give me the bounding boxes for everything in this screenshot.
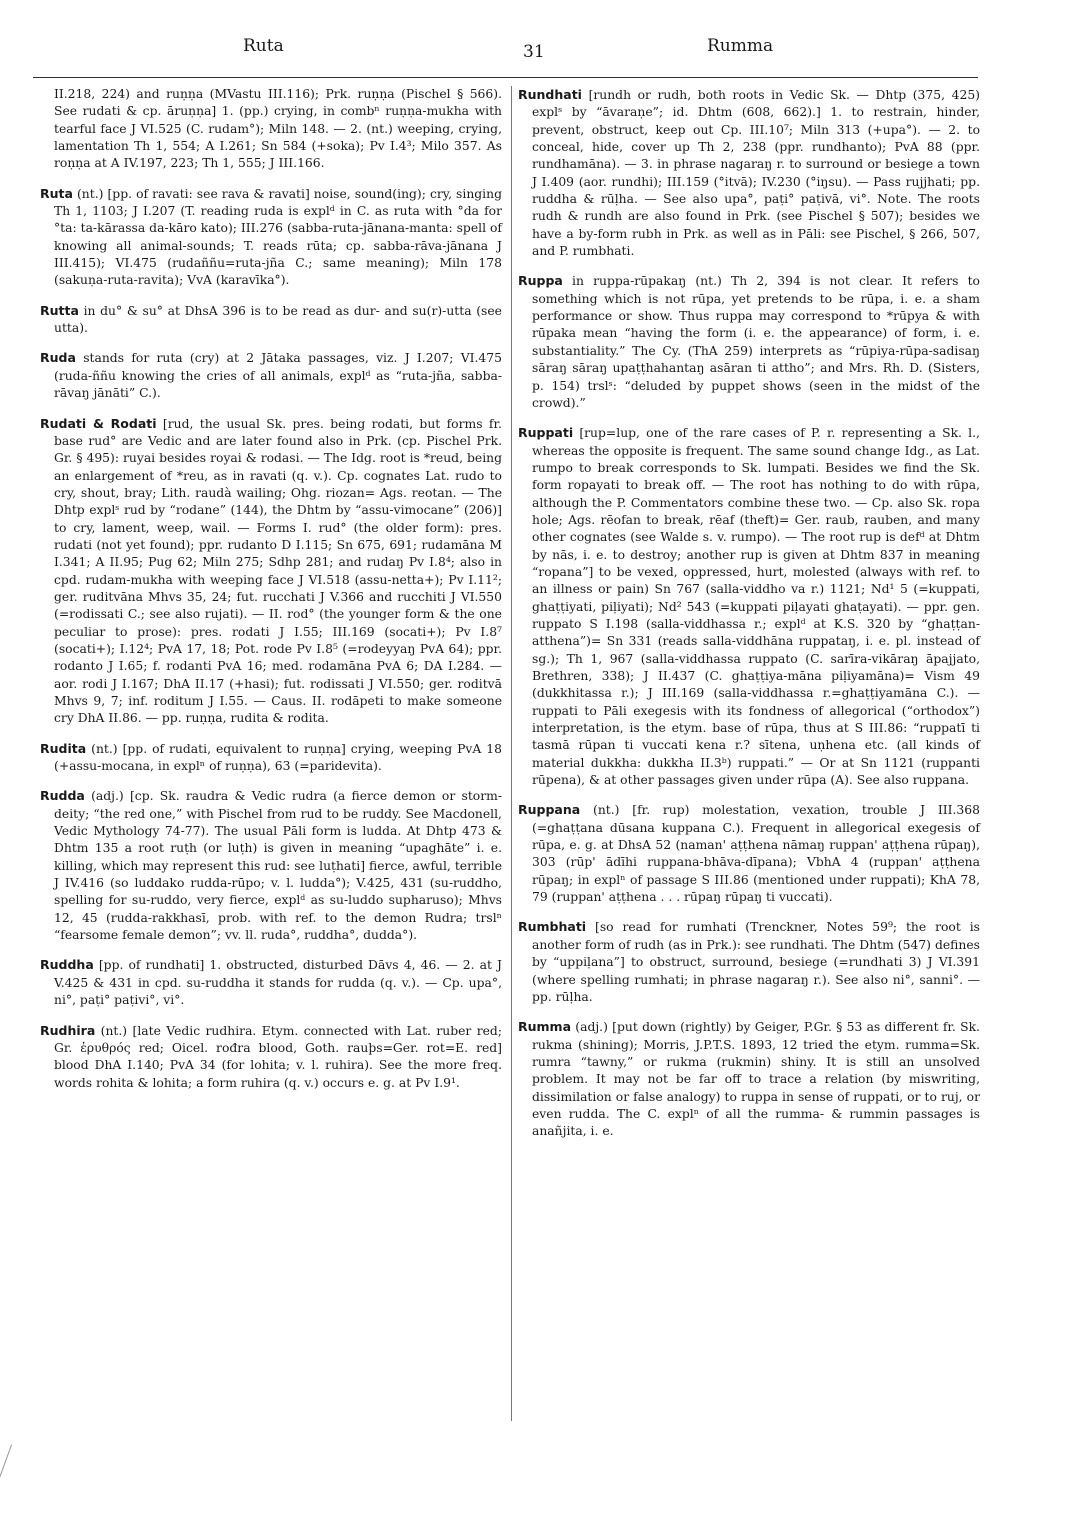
right-running-head: Rumma bbox=[707, 36, 773, 56]
headword: Rutta bbox=[40, 303, 79, 318]
headword: Ruddha bbox=[40, 957, 94, 972]
entry-ruddha: Ruddha [pp. of rundhati] 1. obstructed, … bbox=[40, 956, 502, 1009]
entry-body: (adj.) [put down (rightly) by Geiger, P.… bbox=[532, 1020, 980, 1138]
scan-margin-mark bbox=[0, 1444, 22, 1485]
entry-rudhira: Rudhira (nt.) [late Vedic rudhira. Etym.… bbox=[40, 1022, 502, 1092]
headword: Ruta bbox=[40, 186, 73, 201]
entry-body: (nt.) [pp. of ravati: see rava & ravati]… bbox=[54, 187, 502, 288]
continued-entry: II.218, 224) and ruṇṇa (MVastu III.116);… bbox=[40, 86, 502, 173]
entry-ruppana: Ruppana (nt.) [fr. rup) molestation, vex… bbox=[518, 801, 980, 906]
headword: Rumma bbox=[518, 1019, 571, 1034]
headword: Rudita bbox=[40, 741, 86, 756]
entry-body: [so read for rumhati (Trenckner, Notes 5… bbox=[532, 920, 980, 1003]
entry-body: (nt.) [pp. of rudati, equivalent to ruṇṇ… bbox=[54, 742, 502, 773]
entry-rudati: Rudati & Rodati [rud, the usual Sk. pres… bbox=[40, 415, 502, 728]
headword: Rudda bbox=[40, 788, 85, 803]
page-header: Ruta 31 Rumma bbox=[0, 0, 1073, 75]
entry-ruta: Ruta (nt.) [pp. of ravati: see rava & ra… bbox=[40, 185, 502, 290]
entry-body: stands for ruta (cry) at 2 Jātaka passag… bbox=[54, 351, 502, 400]
entry-body: [pp. of rundhati] 1. obstructed, disturb… bbox=[54, 958, 502, 1007]
entry-body: (adj.) [cp. Sk. raudra & Vedic rudra (a … bbox=[54, 789, 502, 942]
left-running-head: Ruta bbox=[243, 36, 284, 56]
headword: Ruppa bbox=[518, 273, 563, 288]
page-number: 31 bbox=[523, 42, 545, 62]
entry-body: [rud, the usual Sk. pres. being rodati, … bbox=[54, 417, 502, 726]
headword: Rudhira bbox=[40, 1023, 95, 1038]
headword: Rumbhati bbox=[518, 919, 586, 934]
entry-body: (nt.) [fr. rup) molestation, vexation, t… bbox=[532, 803, 980, 904]
headword: Rundhati bbox=[518, 87, 582, 102]
headword: Rudati & Rodati bbox=[40, 416, 157, 431]
entry-rutta: Rutta in du° & su° at DhsA 396 is to be … bbox=[40, 302, 502, 338]
entry-rundhati: Rundhati [rundh or rudh, both roots in V… bbox=[518, 86, 980, 260]
entry-ruda: Ruda stands for ruta (cry) at 2 Jātaka p… bbox=[40, 349, 502, 402]
header-rule bbox=[33, 77, 978, 78]
right-column: Rundhati [rundh or rudh, both roots in V… bbox=[518, 86, 980, 1153]
headword: Ruda bbox=[40, 350, 76, 365]
entry-rumma: Rumma (adj.) [put down (rightly) by Geig… bbox=[518, 1018, 980, 1140]
entry-ruppa: Ruppa in ruppa-rūpakaŋ (nt.) Th 2, 394 i… bbox=[518, 272, 980, 412]
column-divider bbox=[511, 86, 512, 1421]
entry-body: II.218, 224) and ruṇṇa (MVastu III.116);… bbox=[54, 87, 502, 170]
left-column: II.218, 224) and ruṇṇa (MVastu III.116);… bbox=[40, 86, 502, 1104]
entry-body: [rup=lup, one of the rare cases of P. r.… bbox=[532, 426, 980, 787]
entry-body: (nt.) [late Vedic rudhira. Etym. connect… bbox=[54, 1024, 502, 1090]
entry-rudda: Rudda (adj.) [cp. Sk. raudra & Vedic rud… bbox=[40, 787, 502, 944]
entry-rumbhati: Rumbhati [so read for rumhati (Trenckner… bbox=[518, 918, 980, 1006]
headword: Ruppati bbox=[518, 425, 573, 440]
entry-rudita: Rudita (nt.) [pp. of rudati, equivalent … bbox=[40, 740, 502, 776]
headword: Ruppana bbox=[518, 802, 580, 817]
entry-ruppati: Ruppati [rup=lup, one of the rare cases … bbox=[518, 424, 980, 789]
entry-body: in du° & su° at DhsA 396 is to be read a… bbox=[54, 304, 502, 335]
entry-body: [rundh or rudh, both roots in Vedic Sk. … bbox=[532, 88, 980, 258]
entry-body: in ruppa-rūpakaŋ (nt.) Th 2, 394 is not … bbox=[532, 274, 980, 409]
